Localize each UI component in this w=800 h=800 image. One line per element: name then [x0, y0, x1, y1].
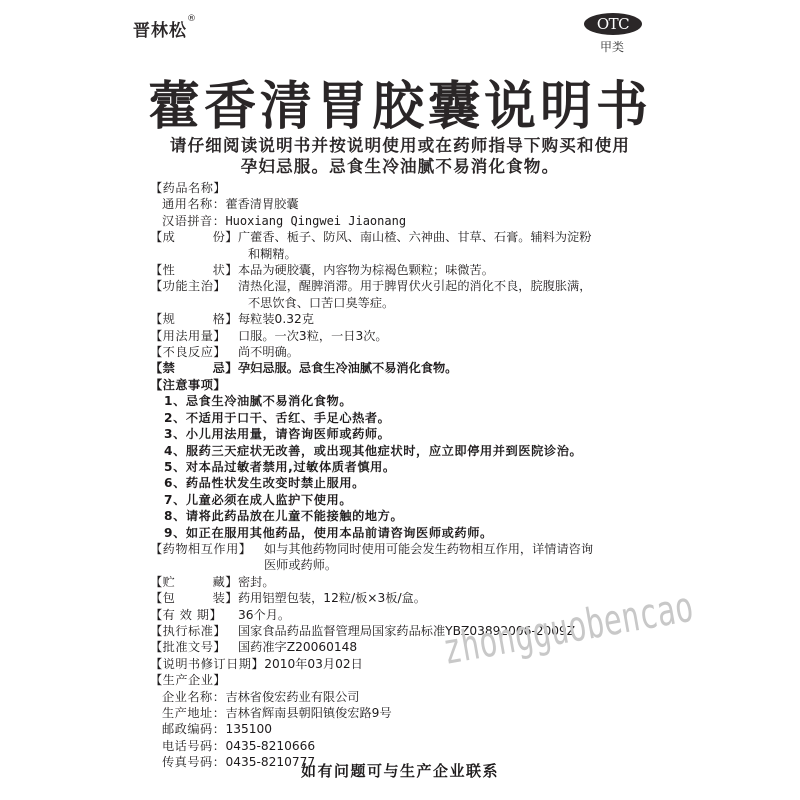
- label-part: 装】: [213, 590, 238, 606]
- field-label: 生产地址：: [162, 705, 225, 721]
- section-value: 口服。一次3粒，一日3次。: [238, 328, 388, 344]
- section-value: 医师或药师。: [264, 557, 337, 573]
- section-value: 本品为硬胶囊，内容物为棕褐色颗粒；味微苦。: [238, 262, 494, 278]
- section-label: 【禁忌】: [150, 360, 238, 376]
- section-value: 每粒装0.32克: [238, 311, 314, 327]
- section-value: 密封。: [238, 574, 275, 590]
- label-part: 份】: [213, 229, 238, 245]
- phone-row: 电话号码： 0435-8210666: [150, 738, 670, 754]
- field-label: 邮政编码：: [162, 721, 225, 737]
- leaflet-body: 【药品名称】 通用名称： 藿香清胃胶囊 汉语拼音： Huoxiang Qingw…: [150, 180, 670, 771]
- section-value: 国药准字Z20060148: [238, 639, 357, 655]
- section-manufacturer: 【生产企业】: [150, 672, 670, 688]
- section-label: 【包装】: [150, 590, 238, 606]
- section-label: 【生产企业】: [150, 672, 226, 688]
- section-continuation: 和糊精。: [150, 246, 670, 262]
- pinyin-row: 汉语拼音： Huoxiang Qingwei Jiaonang: [150, 213, 670, 229]
- section-label: 【注意事项】: [150, 377, 226, 393]
- section-dosage: 【用法用量】 口服。一次3粒，一日3次。: [150, 328, 670, 344]
- precaution-item: 5、对本品过敏者禁用,过敏体质者慎用。: [150, 459, 670, 475]
- section-label: 【药物相互作用】: [150, 541, 264, 557]
- drug-leaflet-page: 晋林松® OTC 甲类 藿香清胃胶囊说明书 请仔细阅读说明书并按说明使用或在药师…: [0, 0, 800, 800]
- section-label: 【贮藏】: [150, 574, 238, 590]
- section-value: 不思饮食、口苦口臭等症。: [248, 295, 394, 311]
- field-value: Huoxiang Qingwei Jiaonang: [225, 213, 406, 229]
- section-label: 【用法用量】: [150, 328, 238, 344]
- section-value: 尚不明确。: [238, 344, 299, 360]
- label-part: 【包: [150, 590, 175, 606]
- label-part: 状】: [213, 262, 238, 278]
- section-value: 孕妇忌服。忌食生冷油腻不易消化食物。: [238, 360, 457, 376]
- precaution-item: 7、儿童必须在成人监护下使用。: [150, 492, 670, 508]
- section-label: 【批准文号】: [150, 639, 238, 655]
- precaution-item: 3、小儿用法用量，请咨询医师或药师。: [150, 426, 670, 442]
- section-label: 【说明书修订日期】: [150, 656, 264, 672]
- registered-mark: ®: [187, 14, 197, 24]
- manufacturer-address-row: 生产地址： 吉林省辉南县朝阳镇俊宏路9号: [150, 705, 670, 721]
- section-value: 药用铝塑包装，12粒/板×3板/盒。: [238, 590, 426, 606]
- label-part: 【成: [150, 229, 175, 245]
- precaution-item: 1、忌食生冷油腻不易消化食物。: [150, 393, 670, 409]
- section-drug-name: 【药品名称】: [150, 180, 670, 196]
- section-contraindications: 【禁忌】 孕妇忌服。忌食生冷油腻不易消化食物。: [150, 360, 670, 376]
- label-part: 【性: [150, 262, 175, 278]
- field-label: 企业名称：: [162, 689, 225, 705]
- postal-code-row: 邮政编码： 135100: [150, 721, 670, 737]
- field-label: 通用名称：: [162, 196, 225, 212]
- section-storage: 【贮藏】 密封。: [150, 574, 670, 590]
- section-label: 【有 效 期】: [150, 607, 238, 623]
- section-precautions: 【注意事项】: [150, 377, 670, 393]
- section-appearance: 【性状】 本品为硬胶囊，内容物为棕褐色颗粒；味微苦。: [150, 262, 670, 278]
- section-label: 【规格】: [150, 311, 238, 327]
- document-title: 藿香清胃胶囊说明书: [0, 64, 800, 139]
- otc-badge: OTC: [584, 13, 642, 35]
- field-value: 吉林省俊宏药业有限公司: [225, 689, 359, 705]
- section-continuation: 医师或药师。: [150, 557, 670, 573]
- section-value: 广藿香、栀子、防风、南山楂、六神曲、甘草、石膏。辅料为淀粉: [238, 229, 591, 245]
- section-value: 清热化湿，醒脾消滞。用于脾胃伏火引起的消化不良，脘腹胀满，: [238, 278, 591, 294]
- otc-class-label: 甲类: [600, 38, 624, 55]
- label-part: 藏】: [213, 574, 238, 590]
- section-indications: 【功能主治】 清热化湿，醒脾消滞。用于脾胃伏火引起的消化不良，脘腹胀满，: [150, 278, 670, 294]
- section-specification: 【规格】 每粒装0.32克: [150, 311, 670, 327]
- section-label: 【成份】: [150, 229, 238, 245]
- label-part: 格】: [213, 311, 238, 327]
- section-value: 2010年03月02日: [264, 656, 363, 672]
- section-ingredients: 【成份】 广藿香、栀子、防风、南山楂、六神曲、甘草、石膏。辅料为淀粉: [150, 229, 670, 245]
- precaution-item: 9、如正在服用其他药品，使用本品前请咨询医师或药师。: [150, 525, 670, 541]
- section-value: 36个月。: [238, 607, 290, 623]
- label-part: 【规: [150, 311, 175, 327]
- section-label: 【性状】: [150, 262, 238, 278]
- field-label: 汉语拼音：: [162, 213, 225, 229]
- precaution-item: 8、请将此药品放在儿童不能接触的地方。: [150, 508, 670, 524]
- label-part: 忌】: [213, 360, 238, 376]
- precaution-item: 4、服药三天症状无改善，或出现其他症状时，应立即停用并到医院诊治。: [150, 443, 670, 459]
- section-label: 【执行标准】: [150, 623, 238, 639]
- field-value: 0435-8210666: [225, 738, 315, 754]
- section-revision-date: 【说明书修订日期】 2010年03月02日: [150, 656, 670, 672]
- precaution-item: 6、药品性状发生改变时禁止服用。: [150, 475, 670, 491]
- section-label: 【药品名称】: [150, 180, 226, 196]
- section-interactions: 【药物相互作用】 如与其他药物同时使用可能会发生药物相互作用，详情请咨询: [150, 541, 670, 557]
- contact-footer: 如有问题可与生产企业联系: [0, 760, 800, 781]
- generic-name-row: 通用名称： 藿香清胃胶囊: [150, 196, 670, 212]
- manufacturer-name-row: 企业名称： 吉林省俊宏药业有限公司: [150, 689, 670, 705]
- precaution-item: 2、不适用于口干、舌红、手足心热者。: [150, 410, 670, 426]
- field-label: 电话号码：: [162, 738, 225, 754]
- brand-logo: 晋林松®: [133, 16, 197, 41]
- pregnancy-warning: 孕妇忌服。忌食生冷油腻不易消化食物。: [0, 153, 800, 177]
- label-part: 【禁: [150, 360, 175, 376]
- section-value: 如与其他药物同时使用可能会发生药物相互作用，详情请咨询: [264, 541, 593, 557]
- section-continuation: 不思饮食、口苦口臭等症。: [150, 295, 670, 311]
- brand-name: 晋林松: [133, 21, 187, 41]
- field-value: 吉林省辉南县朝阳镇俊宏路9号: [225, 705, 391, 721]
- field-value: 藿香清胃胶囊: [225, 196, 298, 212]
- field-value: 135100: [225, 721, 272, 737]
- section-adverse-reactions: 【不良反应】 尚不明确。: [150, 344, 670, 360]
- section-value: 和糊精。: [248, 246, 297, 262]
- section-label: 【功能主治】: [150, 278, 238, 294]
- label-part: 【贮: [150, 574, 175, 590]
- section-label: 【不良反应】: [150, 344, 238, 360]
